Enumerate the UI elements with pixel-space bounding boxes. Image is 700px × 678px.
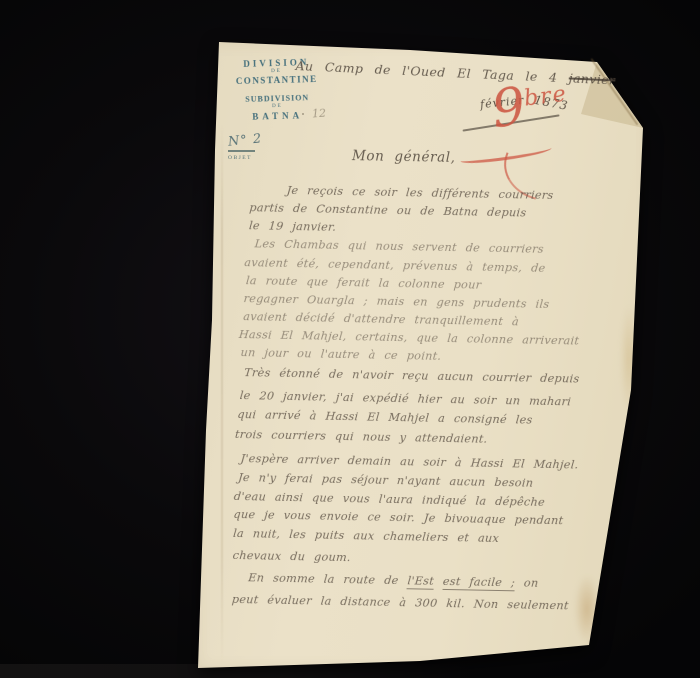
manuscript-line: En somme la route de l'Est est facile ; … (248, 571, 539, 590)
manuscript-line: la route que ferait la colonne pour (245, 274, 481, 291)
manuscript-line: d'eau ainsi que vous l'aura indiqué la d… (233, 490, 545, 509)
reference-rule (228, 150, 255, 152)
salutation: Mon général, (352, 148, 456, 166)
manuscript-line: chevaux du goum. (232, 549, 351, 564)
red-archival-mark: 9bre (489, 76, 571, 137)
red-mark-suffix: bre (523, 81, 569, 111)
manuscript-body: Je reçois ce soir les différents courrie… (232, 176, 640, 624)
manuscript-line: un jour ou l'autre à ce point. (240, 346, 442, 363)
manuscript-line: J'espère arriver demain au soir à Hassi … (240, 452, 579, 471)
paper-crease (221, 124, 223, 664)
manuscript-line: le 19 janvier. (248, 219, 336, 234)
manuscript-line: Très étonné de n'avoir reçu aucun courri… (244, 366, 580, 385)
underlined-phrase: est facile ; (442, 575, 516, 591)
pencil-dot (302, 113, 304, 115)
struck-month: janvier (568, 70, 615, 87)
manuscript-line: Hassi El Mahjel, certains, que la colonn… (238, 328, 579, 348)
stamp-line: CONSTANTINE (222, 74, 332, 87)
manuscript-line: qui arrivé à Hassi El Mahjel a consigné … (237, 408, 533, 427)
manuscript-line: regagner Ouargla ; mais en gens prudents… (243, 292, 550, 311)
manuscript-line: Les Chambas qui nous servent de courrier… (254, 237, 544, 256)
manuscript-line: partis de Constantine ou de Batna depuis (249, 201, 527, 219)
manuscript-text: En somme la route de (248, 571, 408, 587)
reference-number: N° 2 (227, 131, 263, 150)
manuscript-line: Je reçois ce soir les différents courrie… (286, 184, 554, 202)
manuscript-line: trois courriers qui nous y attendaient. (234, 428, 488, 446)
paper-stain (586, 636, 606, 662)
manuscript-line: le 20 janvier, j'ai expédié hier au soir… (239, 389, 571, 408)
objet-label: OBJET (228, 155, 262, 161)
manuscript-line: peut évaluer la distance à 300 kil. Non … (231, 593, 569, 612)
photograph-of-letter: DIVISION DE CONSTANTINE SUBDIVISION DE B… (0, 0, 700, 678)
manuscript-line: avaient décidé d'attendre tranquillement… (243, 310, 520, 328)
manuscript-line: avaient été, cependant, prévenus à temps… (244, 256, 546, 275)
manuscript-line: Je n'y ferai pas séjour n'ayant aucun be… (238, 471, 534, 490)
pencil-mark: 12 (312, 107, 327, 121)
manuscript-text: on (514, 576, 539, 589)
manuscript-line: que je vous envoie ce soir. Je bivouaque… (233, 508, 564, 527)
underlined-phrase: l'Est (407, 574, 435, 589)
reference-mark: N° 2 OBJET (228, 133, 262, 161)
manuscript-line: la nuit, les puits aux chameliers et aux (233, 527, 500, 545)
